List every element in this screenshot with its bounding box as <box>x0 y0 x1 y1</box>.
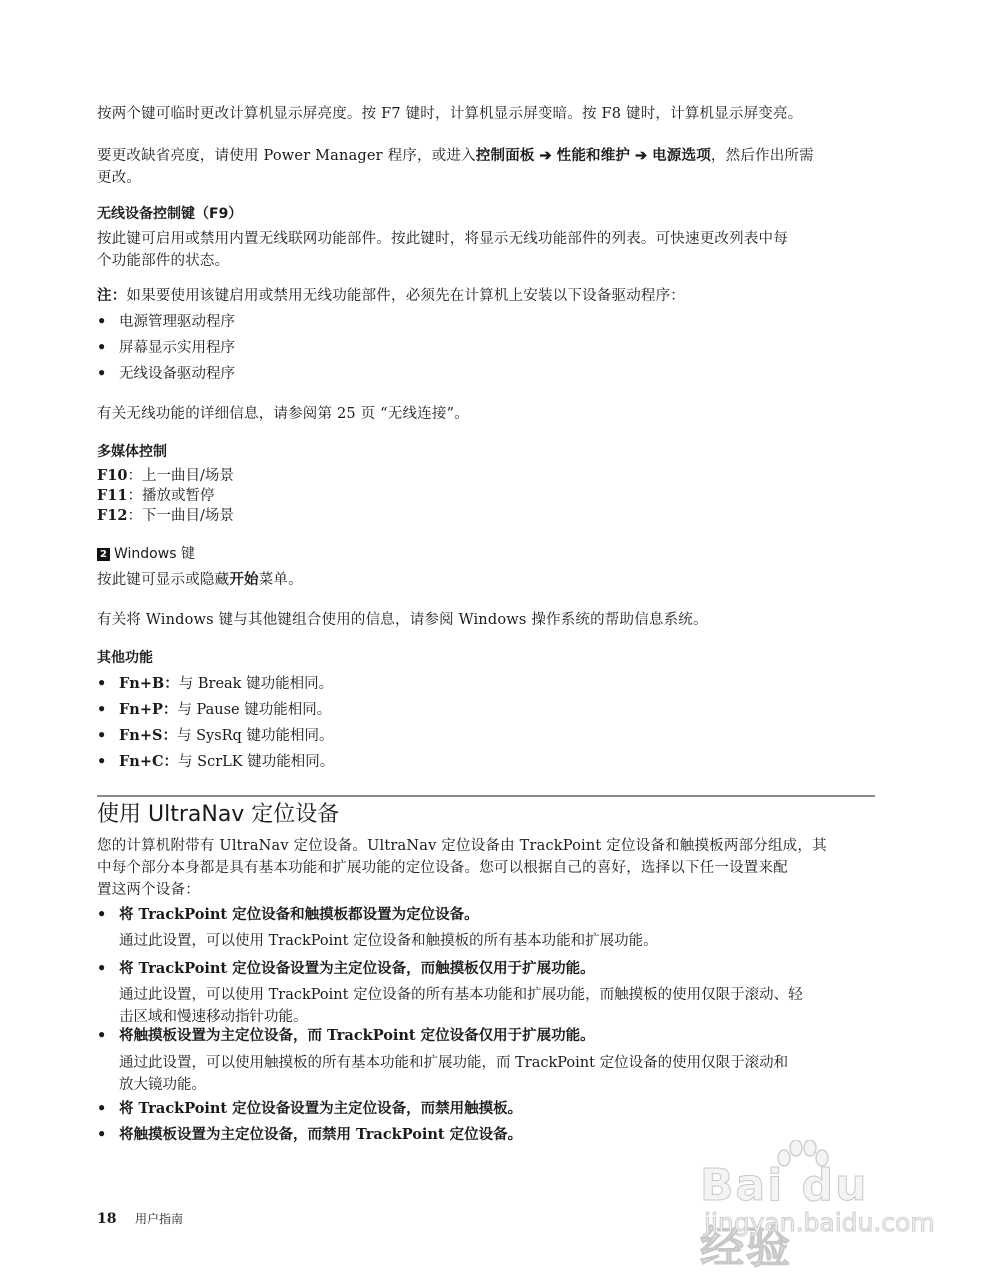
separator: ： <box>127 488 142 504</box>
list-item-text: Fn+B：与 Break 键功能相同。 <box>119 673 333 695</box>
text: 按此键可启用或禁用内置无线联网功能部件。按此键时，将显示无线功能部件的列表。可快… <box>97 231 788 247</box>
list-item-text: Fn+P：与 Pause 键功能相同。 <box>119 699 331 721</box>
note-text: 如果要使用该键启用或禁用无线功能部件，必须先在计算机上安装以下设备驱动程序： <box>126 288 685 304</box>
key-combo: Fn+S： <box>119 727 177 744</box>
desc: 与 Pause 键功能相同。 <box>177 702 331 718</box>
desc: 与 SysRq 键功能相同。 <box>177 728 333 744</box>
bullet-icon: • <box>97 699 106 721</box>
page-footer: 18 用户指南 <box>97 1210 183 1227</box>
fkey-row: F11：播放或暂停 <box>97 486 214 506</box>
option-desc: 通过此设置，可以使用 TrackPoint 定位设备的所有基本功能和扩展功能，而… <box>119 984 875 1028</box>
list-item-text: Fn+S：与 SysRq 键功能相同。 <box>119 725 333 747</box>
watermark-url: jingyan.baidu.com <box>704 1208 935 1237</box>
path-performance: 性能和维护 <box>557 147 631 164</box>
path-control-panel: 控制面板 <box>476 147 535 164</box>
text: 要更改缺省亮度，请使用 Power Manager 程序，或进入 <box>97 148 476 164</box>
driver-item: 无线设备驱动程序 <box>119 363 235 385</box>
option-desc: 通过此设置，可以使用触摸板的所有基本功能和扩展功能，而 TrackPoint 定… <box>119 1052 875 1096</box>
key-combo: Fn+C： <box>119 753 178 770</box>
fkey-label: F11 <box>97 487 127 504</box>
start-menu-label: 开始 <box>229 571 258 588</box>
text: 个功能部件的状态。 <box>97 253 229 269</box>
text: 按此键可显示或隐藏 <box>97 572 229 588</box>
bullet-icon: • <box>97 1124 106 1146</box>
baidu-watermark: Bai du 经验 jingyan.baidu.com <box>700 1140 930 1235</box>
note-label: 注： <box>97 287 126 304</box>
callout-number-badge: 2 <box>97 548 110 561</box>
text: 更改。 <box>97 170 141 186</box>
key-combo: Fn+P： <box>119 701 177 718</box>
bullet-icon: • <box>97 337 106 359</box>
text: ，然后作出所需 <box>711 148 814 164</box>
bullet-icon: • <box>97 751 106 773</box>
wireless-heading: 无线设备控制键（F9） <box>97 203 242 223</box>
separator: ： <box>127 468 142 484</box>
bullet-icon: • <box>97 673 106 695</box>
option-title: 将 TrackPoint 定位设备和触摸板都设置为定位设备。 <box>119 904 479 926</box>
option-title: 将 TrackPoint 定位设备设置为主定位设备，而禁用触摸板。 <box>119 1098 522 1120</box>
wireless-more-info-link[interactable]: 有关无线功能的详细信息，请参阅第 25 页 “无线连接”。 <box>97 403 875 425</box>
text: 通过此设置，可以使用触摸板的所有基本功能和扩展功能，而 TrackPoint 定… <box>119 1055 788 1071</box>
windows-key-para: 按此键可显示或隐藏开始菜单。 <box>97 569 875 591</box>
path-power-options: 电源选项 <box>652 147 711 164</box>
fkey-desc: 上一曲目/场景 <box>142 468 234 484</box>
option-desc: 通过此设置，可以使用 TrackPoint 定位设备和触摸板的所有基本功能和扩展… <box>119 930 875 952</box>
page-number: 18 <box>97 1211 116 1227</box>
list-item-text: Fn+C：与 ScrLK 键功能相同。 <box>119 751 334 773</box>
brightness-default-para: 要更改缺省亮度，请使用 Power Manager 程序，或进入控制面板 ➔ 性… <box>97 145 875 189</box>
doc-title: 用户指南 <box>135 1212 183 1226</box>
option-title: 将触摸板设置为主定位设备，而 TrackPoint 定位设备仅用于扩展功能。 <box>119 1025 595 1047</box>
arrow-right-icon: ➔ <box>635 147 647 164</box>
heading-text: Windows 键 <box>114 546 195 562</box>
desc: 与 ScrLK 键功能相同。 <box>178 754 334 770</box>
bullet-icon: • <box>97 363 106 385</box>
wireless-note: 注：如果要使用该键启用或禁用无线功能部件，必须先在计算机上安装以下设备驱动程序： <box>97 285 875 307</box>
driver-item: 电源管理驱动程序 <box>119 311 235 333</box>
fkey-desc: 播放或暂停 <box>142 488 215 504</box>
text: 中每个部分本身都是具有基本功能和扩展功能的定位设备。您可以根据自己的喜好，选择以… <box>97 860 788 876</box>
multimedia-heading: 多媒体控制 <box>97 441 167 461</box>
ultranav-heading: 使用 UltraNav 定位设备 <box>97 797 339 828</box>
arrow-right-icon: ➔ <box>539 147 551 164</box>
bullet-icon: • <box>97 725 106 747</box>
fkey-label: F10 <box>97 467 127 484</box>
text: 菜单。 <box>259 572 303 588</box>
desc: 与 Break 键功能相同。 <box>179 676 333 692</box>
bullet-icon: • <box>97 958 106 980</box>
fkey-row: F10：上一曲目/场景 <box>97 466 234 486</box>
text: 放大镜功能。 <box>119 1077 206 1093</box>
ultranav-intro: 您的计算机附带有 UltraNav 定位设备。UltraNav 定位设备由 Tr… <box>97 835 875 901</box>
text: 置这两个设备： <box>97 882 200 898</box>
fkey-label: F12 <box>97 507 127 524</box>
fkey-desc: 下一曲目/场景 <box>142 508 234 524</box>
bullet-icon: • <box>97 904 106 926</box>
wireless-para: 按此键可启用或禁用内置无线联网功能部件。按此键时，将显示无线功能部件的列表。可快… <box>97 228 875 272</box>
text: 通过此设置，可以使用 TrackPoint 定位设备的所有基本功能和扩展功能，而… <box>119 987 803 1003</box>
option-title: 将 TrackPoint 定位设备设置为主定位设备，而触摸板仅用于扩展功能。 <box>119 958 595 980</box>
fkey-row: F12：下一曲目/场景 <box>97 506 234 526</box>
text: 击区域和慢速移动指针功能。 <box>119 1009 308 1025</box>
bullet-icon: • <box>97 1098 106 1120</box>
bullet-icon: • <box>97 311 106 333</box>
driver-item: 屏幕显示实用程序 <box>119 337 235 359</box>
other-functions-heading: 其他功能 <box>97 647 153 667</box>
text: 您的计算机附带有 UltraNav 定位设备。UltraNav 定位设备由 Tr… <box>97 838 827 854</box>
separator: ： <box>127 508 142 524</box>
windows-key-more-info: 有关将 Windows 键与其他键组合使用的信息，请参阅 Windows 操作系… <box>97 609 875 631</box>
windows-key-heading: 2Windows 键 <box>97 543 195 563</box>
key-combo: Fn+B： <box>119 675 179 692</box>
bullet-icon: • <box>97 1025 106 1047</box>
option-title: 将触摸板设置为主定位设备，而禁用 TrackPoint 定位设备。 <box>119 1124 522 1146</box>
brightness-para: 按两个键可临时更改计算机显示屏亮度。按 F7 键时，计算机显示屏变暗。按 F8 … <box>97 103 875 125</box>
